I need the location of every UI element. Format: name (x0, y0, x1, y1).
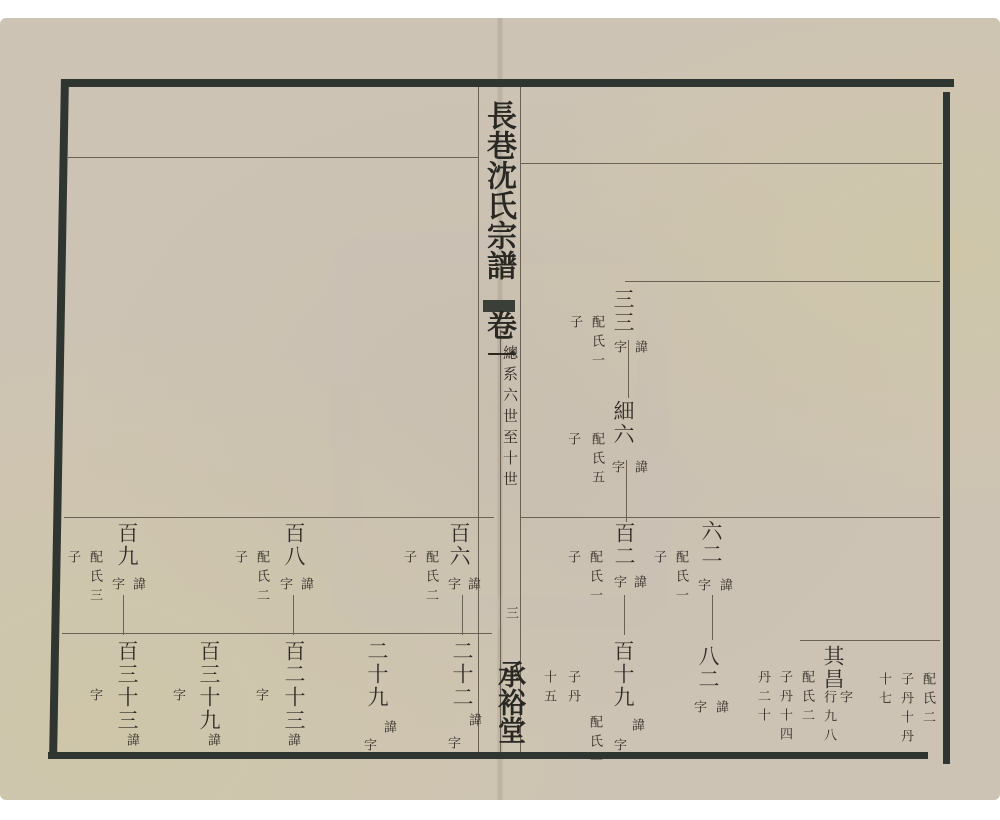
genealogy-title: 長巷沈氏宗譜 (483, 100, 513, 280)
spouse-text: 配氏三 (88, 550, 101, 607)
person-name: 百九 (116, 522, 137, 568)
zi-label: 字 (362, 738, 375, 757)
son-text: 子丹十丹 (899, 672, 912, 748)
lineage-connector (626, 460, 627, 522)
zi-label: 字 (612, 340, 625, 359)
spouse-text: 配氏一 (674, 550, 687, 607)
rule-line (64, 517, 494, 518)
spine-line-left (478, 87, 479, 752)
hui-label: 諱 (286, 733, 299, 752)
spine-line-right (520, 87, 521, 752)
son-label: 子 (652, 550, 665, 569)
person-name: 百二 (613, 522, 634, 568)
hui-label: 諱 (630, 718, 643, 737)
rule-line (62, 633, 492, 634)
hui-label: 諱 (633, 340, 646, 359)
person-name: 細六 (612, 400, 633, 446)
spouse-text: 配氏二 (424, 550, 437, 607)
person-name: 二十九 (366, 640, 387, 709)
son-label: 子 (568, 315, 581, 334)
son-label: 子 (566, 550, 579, 569)
hui-label: 諱 (299, 577, 312, 596)
rank-text: 行九八 (822, 690, 835, 747)
frame-border-right (943, 92, 950, 764)
person-name: 二十二 (451, 640, 472, 709)
son-label: 子 (566, 432, 579, 451)
zi-label: 字 (446, 577, 459, 596)
rule-line (68, 157, 478, 158)
son-text: 十五 (542, 670, 555, 708)
son-label: 子 (233, 550, 246, 569)
lineage-connector (293, 595, 294, 635)
son-text: 子丹 (566, 670, 579, 708)
hui-label: 諱 (467, 713, 480, 732)
spouse-text: 配氏二 (800, 670, 813, 727)
person-name: 八二 (697, 645, 718, 691)
rule-line (800, 640, 940, 641)
spouse-text: 配氏一 (588, 550, 601, 607)
son-text: 丹二十 (756, 670, 769, 727)
zi-label: 字 (612, 575, 625, 594)
zi-label: 字 (692, 700, 705, 719)
hui-label: 諱 (131, 577, 144, 596)
frame-border-top (64, 79, 954, 87)
spouse-text: 配氏一 (590, 315, 603, 372)
zi-label: 字 (446, 736, 459, 755)
spouse-text: 配氏一 (588, 715, 601, 772)
person-name: 三三 (612, 288, 633, 334)
zi-label: 字 (110, 577, 123, 596)
son-text: 子丹十四 (778, 670, 791, 746)
rule-line (625, 281, 940, 282)
person-name: 其昌 (822, 645, 843, 691)
hui-label: 諱 (206, 733, 219, 752)
hui-label: 諱 (632, 575, 645, 594)
spouse-text: 配氏五 (590, 432, 603, 489)
hall-name: 承裕堂 (496, 660, 524, 744)
son-label: 子 (66, 550, 79, 569)
lineage-connector (123, 595, 124, 635)
lineage-connector (624, 595, 625, 635)
spouse-text: 配氏二 (255, 550, 268, 607)
person-name: 百二十三 (283, 640, 304, 732)
zi-label: 字 (838, 690, 851, 709)
hui-label: 諱 (714, 700, 727, 719)
zi-label: 字 (171, 688, 184, 707)
rule-line (520, 517, 940, 518)
hui-label: 諱 (382, 720, 395, 739)
zi-label: 字 (278, 577, 291, 596)
zi-label: 字 (610, 460, 623, 479)
son-label: 子 (402, 550, 415, 569)
zi-label: 字 (88, 688, 101, 707)
person-name: 百六 (448, 522, 469, 568)
rule-line (520, 163, 942, 164)
frame-border-bottom (48, 752, 928, 759)
spouse-text: 配氏二 (921, 672, 934, 729)
person-name: 百三十三 (116, 640, 137, 732)
lineage-connector (712, 595, 713, 640)
hui-label: 諱 (718, 578, 731, 597)
page-number: 三 (504, 606, 517, 619)
person-name: 百八 (283, 522, 304, 568)
hui-label: 諱 (466, 577, 479, 596)
lineage-connector (628, 340, 629, 398)
son-text: 十七 (877, 672, 890, 710)
zi-label: 字 (254, 688, 267, 707)
zi-label: 字 (612, 738, 625, 757)
generation-range: 總系六世至十世 (502, 345, 517, 492)
hui-label: 諱 (633, 460, 646, 479)
lineage-connector (462, 595, 463, 635)
person-name: 百十九 (612, 640, 633, 709)
zi-label: 字 (696, 578, 709, 597)
hui-label: 諱 (125, 733, 138, 752)
person-name: 六二 (700, 520, 721, 566)
person-name: 百三十九 (198, 640, 219, 732)
